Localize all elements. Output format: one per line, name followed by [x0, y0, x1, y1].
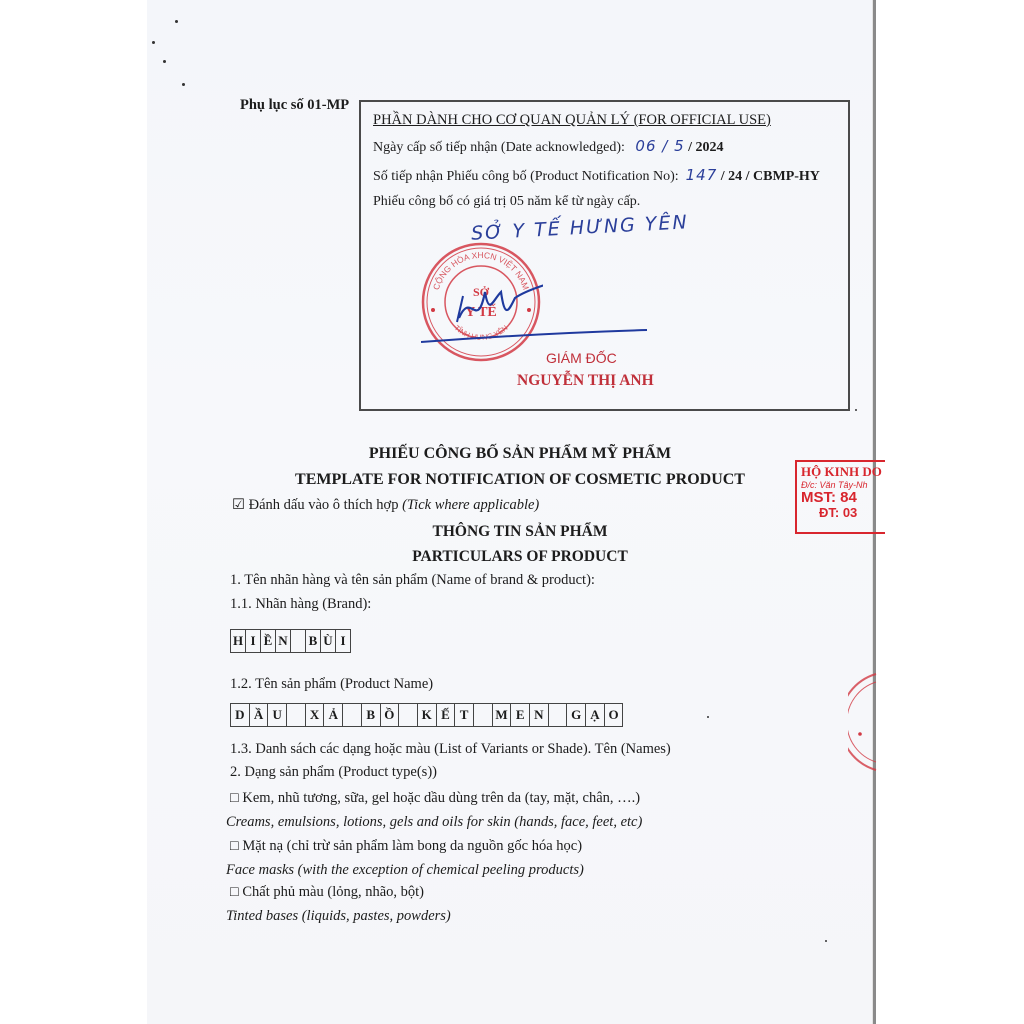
letter-box: G — [567, 703, 586, 727]
letter-box — [343, 703, 362, 727]
official-use-title: PHẦN DÀNH CHO CƠ QUAN QUẢN LÝ (FOR OFFIC… — [373, 112, 771, 129]
letter-box: Ả — [324, 703, 343, 727]
product-type-option[interactable]: □ Mặt nạ (chỉ trừ sản phẩm làm bong da n… — [230, 838, 582, 855]
checkbox-icon[interactable]: □ — [230, 838, 239, 854]
letter-box: E — [511, 703, 530, 727]
letter-box: B — [362, 703, 381, 727]
letter-box: Ế — [437, 703, 456, 727]
scan-speck — [175, 20, 178, 23]
question-1-3-variants: 1.3. Danh sách các dạng hoặc màu (List o… — [230, 741, 671, 758]
product-type-en: Creams, emulsions, lotions, gels and oil… — [226, 814, 642, 831]
checkbox-icon[interactable]: □ — [230, 884, 239, 900]
letter-box: T — [455, 703, 474, 727]
letter-box: H — [231, 629, 246, 653]
product-type-option[interactable]: □ Chất phủ màu (lỏng, nhão, bột) — [230, 884, 424, 901]
svg-text:SỞ: SỞ — [473, 285, 490, 299]
letter-box: Ề — [261, 629, 276, 653]
question-1-1-brand: 1.1. Nhãn hàng (Brand): — [230, 596, 371, 613]
checked-box-icon: ☑ — [232, 497, 245, 513]
letter-box: K — [418, 703, 437, 727]
letter-box: B — [306, 629, 321, 653]
date-acknowledged-row: Ngày cấp số tiếp nhận (Date acknowledged… — [373, 137, 724, 156]
product-type-vi: Kem, nhũ tương, sữa, gel hoặc dầu dùng t… — [242, 790, 640, 806]
scan-speck — [152, 41, 155, 44]
question-1-2-product-name: 1.2. Tên sản phẩm (Product Name) — [230, 676, 433, 693]
partial-seal-icon — [848, 672, 878, 772]
signer-name: NGUYỄN THỊ ANH — [517, 372, 654, 390]
notification-suffix: / 24 / CBMP-HY — [721, 169, 820, 184]
product-type-en: Tinted bases (liquids, pastes, powders) — [226, 908, 451, 925]
product-type-en: Face masks (with the exception of chemic… — [226, 862, 584, 879]
brand-name-boxes: HIỀNBÙI — [230, 629, 351, 653]
letter-box — [399, 703, 418, 727]
letter-box: O — [605, 703, 624, 727]
product-type-vi: Chất phủ màu (lỏng, nhão, bột) — [242, 884, 424, 900]
scan-speck — [855, 409, 857, 411]
product-type-vi: Mặt nạ (chỉ trừ sản phẩm làm bong da ngu… — [242, 838, 582, 854]
question-1: 1. Tên nhãn hàng và tên sản phẩm (Name o… — [230, 572, 595, 589]
checkbox-icon[interactable]: □ — [230, 790, 239, 806]
signer-title: GIÁM ĐỐC — [546, 350, 617, 366]
notification-handwritten: 147 — [686, 166, 718, 184]
scan-speck — [182, 83, 185, 86]
product-name-boxes: DẦUXẢBỒKẾTMENGẠO — [230, 703, 623, 727]
tick-instruction-vi: Đánh dấu vào ô thích hợp — [249, 497, 399, 513]
stamp-line: MST: 84 — [797, 490, 885, 505]
date-label: Ngày cấp số tiếp nhận (Date acknowledged… — [373, 140, 625, 155]
letter-box: Ồ — [381, 703, 400, 727]
letter-box: D — [231, 703, 250, 727]
signature-underline-icon — [421, 326, 651, 346]
letter-box — [474, 703, 493, 727]
letter-box — [291, 629, 306, 653]
tick-instruction-en: (Tick where applicable) — [402, 497, 539, 513]
letter-box: N — [276, 629, 291, 653]
letter-box: X — [306, 703, 325, 727]
date-year: / 2024 — [688, 140, 723, 155]
stamp-line: ĐT: 03 — [797, 505, 885, 520]
tick-instruction: ☑ Đánh dấu vào ô thích hợp (Tick where a… — [232, 497, 539, 514]
letter-box: U — [268, 703, 287, 727]
letter-box — [549, 703, 568, 727]
letter-box: M — [493, 703, 512, 727]
letter-box: I — [336, 629, 351, 653]
official-use-box: PHẦN DÀNH CHO CƠ QUAN QUẢN LÝ (FOR OFFIC… — [359, 100, 850, 411]
product-type-option[interactable]: □ Kem, nhũ tương, sữa, gel hoặc dầu dùng… — [230, 790, 640, 807]
scan-speck — [707, 716, 709, 718]
notification-number-row: Số tiếp nhận Phiếu công bố (Product Noti… — [373, 166, 820, 185]
letter-box: I — [246, 629, 261, 653]
letter-box: N — [530, 703, 549, 727]
letter-box: Ù — [321, 629, 336, 653]
scan-speck — [163, 60, 166, 63]
business-stamp: HỘ KINH DO Đ/c: Văn Tây-Nh MST: 84 ĐT: 0… — [795, 460, 885, 534]
letter-box — [287, 703, 306, 727]
notification-label: Số tiếp nhận Phiếu công bố (Product Noti… — [373, 169, 679, 184]
validity-note: Phiếu công bố có giá trị 05 năm kể từ ng… — [373, 194, 640, 210]
scan-speck — [825, 940, 827, 942]
date-handwritten: 06 / 5 — [635, 137, 684, 155]
question-2-product-type: 2. Dạng sản phẩm (Product type(s)) — [230, 764, 437, 781]
stamp-line: HỘ KINH DO — [797, 464, 885, 480]
letter-box: Ầ — [250, 703, 269, 727]
section-title-en: PARTICULARS OF PRODUCT — [0, 548, 1024, 566]
annex-label: Phụ lục số 01-MP — [240, 97, 349, 114]
letter-box: Ạ — [586, 703, 605, 727]
